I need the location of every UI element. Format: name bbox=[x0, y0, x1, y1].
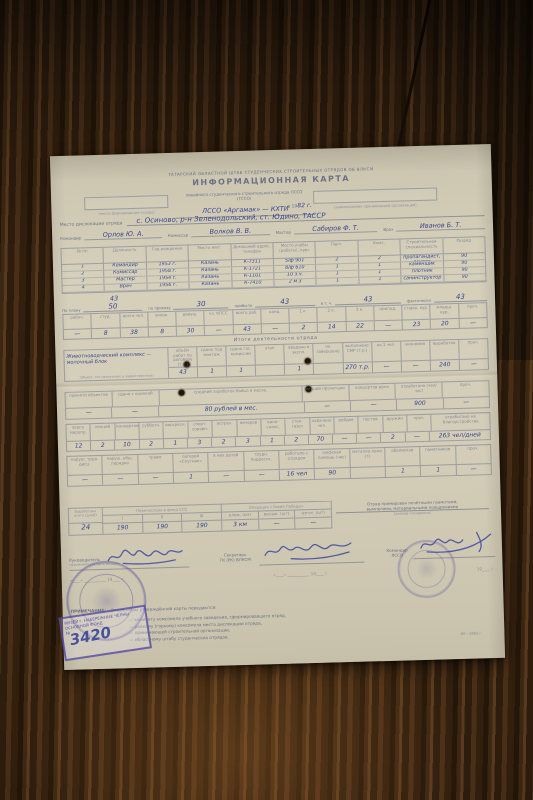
column-header: высаж. (шт) bbox=[259, 511, 296, 519]
column-header: проч. bbox=[443, 381, 489, 397]
left-blank-box bbox=[84, 195, 168, 210]
table-cell: 2 bbox=[284, 435, 308, 445]
table-cell: — bbox=[444, 397, 490, 408]
column-header: субботн. bbox=[139, 422, 164, 439]
staff-name-handwritten: Иванов Б. Т. bbox=[396, 220, 485, 231]
table-cell: 3 bbox=[62, 278, 105, 285]
table-cell: — bbox=[405, 432, 429, 442]
column-header: улож. (км) bbox=[222, 512, 259, 520]
table-cell: 270 т.р. bbox=[343, 362, 372, 373]
form-code: 60—1982 г. bbox=[461, 631, 483, 636]
table-cell: К-1101 bbox=[232, 273, 275, 280]
table-cell: — bbox=[375, 320, 404, 330]
document-paper: ТАТАРСКИЙ ОБЛАСТНОЙ ШТАБ СТУДЕНЧЕСКИХ СТ… bbox=[50, 144, 505, 670]
operation-values: 3 км—— bbox=[222, 518, 331, 531]
awards-block: Отряд премирован почётными грамотами, вы… bbox=[332, 496, 494, 528]
column-header: лагерей «Спутник» bbox=[173, 453, 209, 472]
column-header: воскресн. bbox=[164, 421, 189, 438]
column-header: 2 к. bbox=[318, 307, 347, 322]
table-cell: — bbox=[351, 400, 398, 411]
table-cell: 190 bbox=[103, 523, 143, 534]
table-cell: 2 bbox=[212, 437, 236, 447]
operation-group: Операция «Знамя Победы» улож. (км)высаж.… bbox=[222, 501, 333, 532]
patronage-table: наруш. труд. дисц.наруш. общ. порядкатра… bbox=[66, 444, 492, 487]
column-header: Комс. bbox=[358, 239, 401, 255]
table-cell: 2 bbox=[359, 255, 402, 262]
headcount-label: по приказу bbox=[148, 305, 170, 311]
table-cell: — bbox=[333, 434, 357, 444]
photo-of-document: { "colors": { "wood": "#3a2514", "paper"… bbox=[0, 0, 533, 800]
column-header: отработано на благоустройстве bbox=[432, 413, 490, 431]
table-cell: — bbox=[112, 406, 159, 417]
table-cell: 1 bbox=[174, 472, 210, 483]
column-header: III bbox=[182, 513, 221, 521]
table-cell: 3 км bbox=[222, 520, 259, 531]
table-cell: 240 bbox=[431, 360, 460, 371]
table-cell: 2 bbox=[316, 257, 359, 264]
center-signature bbox=[261, 538, 357, 563]
column-header: I bbox=[103, 515, 143, 523]
column-header: не завершено bbox=[314, 343, 344, 363]
year-handwritten: 82 г. bbox=[297, 202, 312, 209]
column-header: старш. кур. bbox=[402, 305, 431, 320]
table-cell: 2 bbox=[91, 441, 115, 451]
column-header: младш. кур. bbox=[431, 304, 460, 319]
headcount-label: прибыло bbox=[234, 303, 252, 308]
table-cell: плотник bbox=[401, 268, 444, 275]
headcount-label: фактически bbox=[407, 298, 431, 304]
column-header: выполнено СМР (т.р.) bbox=[343, 342, 373, 362]
staff-entry: Комиссар Волков В. В. bbox=[168, 226, 270, 238]
table-cell: 8/ф 610 bbox=[274, 265, 317, 272]
column-header: охвачено чел. bbox=[310, 417, 335, 434]
table-cell: 70 bbox=[309, 434, 333, 444]
table-cell: 1 bbox=[359, 269, 402, 276]
table-cell: 1 bbox=[421, 465, 457, 476]
table-cell: 2 bbox=[139, 439, 163, 449]
headcount-value-handwritten: 30 bbox=[173, 299, 228, 310]
object-caption: (объект, его назначение и характеристика… bbox=[65, 373, 168, 380]
table-cell: 38 bbox=[120, 328, 149, 338]
table-cell: Комиссар bbox=[105, 270, 148, 277]
table-cell: 1 bbox=[227, 366, 256, 377]
column-header: металло-лома (т) bbox=[350, 448, 386, 467]
staff-role-label: Комиссар bbox=[168, 232, 188, 238]
headcount-value-handwritten: 50 bbox=[83, 302, 142, 313]
table-cell bbox=[314, 363, 343, 374]
table-cell: 2 bbox=[290, 323, 319, 333]
table-cell: 900 bbox=[397, 398, 444, 409]
right-blank-box bbox=[313, 187, 437, 203]
column-header: Строительная специальность bbox=[401, 238, 444, 254]
table-cell: Мастер bbox=[105, 277, 148, 284]
column-header: лекций bbox=[91, 424, 116, 441]
column-header: лекций прочитано bbox=[302, 385, 349, 401]
table-cell: 1 bbox=[260, 436, 284, 446]
staff-name-handwritten: Волков В. В. bbox=[191, 226, 270, 237]
table-cell: 4 bbox=[63, 285, 106, 292]
table-cell: 1 bbox=[359, 262, 402, 269]
staff-role-label: Мастер bbox=[276, 230, 292, 235]
table-cell: 14 bbox=[318, 322, 347, 332]
table-cell: 10 з.ч. bbox=[274, 272, 317, 279]
center-signature-line bbox=[259, 562, 364, 566]
staff-name-handwritten: Орлов Ю. А. bbox=[84, 229, 162, 240]
column-header: этап bbox=[256, 345, 286, 365]
column-header: Парт. bbox=[316, 241, 359, 257]
table-cell: 90 bbox=[443, 253, 485, 260]
column-header: всего раб. bbox=[233, 309, 262, 324]
column-header: студ. bbox=[92, 313, 121, 328]
table-cell: 16 чел bbox=[280, 469, 316, 480]
headcount-label: в т. ч. bbox=[321, 300, 333, 305]
table-cell: 90 bbox=[315, 468, 351, 479]
column-header: травм bbox=[138, 454, 174, 473]
staff-role-label: Врач bbox=[383, 227, 393, 232]
column-header: кино-сеанс. bbox=[261, 419, 286, 436]
staff-entry: Мастер Сабиров Ф. Т. bbox=[275, 223, 377, 235]
column-header: Год рождения bbox=[146, 245, 189, 261]
table-cell: 90 bbox=[444, 260, 486, 267]
column-header: спорт. соревн. bbox=[188, 421, 213, 438]
table-cell: 8 bbox=[92, 328, 121, 338]
column-header: Разряд bbox=[443, 237, 485, 253]
table-cell bbox=[256, 365, 285, 376]
table-cell: К-7311 bbox=[232, 259, 275, 266]
column-header: рейдов bbox=[334, 417, 359, 434]
table-cell: 1 bbox=[317, 271, 360, 278]
fund-group: Перечислено в фонд ССО IIIIII 190190190 bbox=[102, 504, 223, 535]
column-header: объём работ по договору (т.р.) bbox=[168, 347, 198, 367]
column-header: 3 к. bbox=[346, 306, 375, 321]
column-header: юнош. bbox=[148, 312, 177, 327]
table-cell: — bbox=[460, 359, 488, 370]
table-cell: — bbox=[209, 471, 245, 482]
table-cell: — bbox=[68, 475, 104, 486]
table-cell: — bbox=[259, 519, 296, 530]
column-header: встреч bbox=[213, 420, 238, 437]
table-cell: 1 bbox=[62, 264, 105, 271]
column-header: всего чел. bbox=[120, 313, 149, 328]
table-cell: — bbox=[357, 433, 381, 443]
table-cell: пропагандист, лектор bbox=[401, 254, 444, 261]
column-header: наруш. общ. порядка bbox=[103, 455, 139, 474]
table-cell: — bbox=[372, 362, 401, 373]
column-header: чл. КПСС bbox=[205, 310, 234, 325]
table-cell: — bbox=[262, 324, 291, 334]
table-cell: 1 bbox=[317, 278, 360, 285]
table-cell: Врач bbox=[105, 284, 148, 291]
table-cell: — bbox=[64, 329, 93, 339]
column-header: выработка bbox=[430, 340, 460, 360]
table-cell: 1958 г. bbox=[147, 268, 190, 275]
table-cell: — bbox=[138, 473, 174, 484]
table-cell: 1 bbox=[359, 276, 402, 283]
column-header: памятников bbox=[420, 446, 456, 465]
table-cell: 10 bbox=[115, 440, 139, 450]
staff-table: № ппДолжностьГод рожденияМесто жит.Домаш… bbox=[60, 236, 486, 294]
headcount-label: По плану bbox=[62, 307, 80, 313]
table-cell: — bbox=[66, 408, 113, 419]
table-cell: Командир bbox=[104, 263, 147, 270]
table-cell: 190 bbox=[183, 521, 222, 532]
table-cell: 190 bbox=[143, 522, 183, 533]
fund-table: Выработано всего (дней) 24 Перечислено в… bbox=[68, 496, 494, 536]
table-cell: — bbox=[456, 464, 491, 475]
table-cell: 43 bbox=[169, 367, 198, 378]
column-header: работало с отрядом bbox=[279, 450, 315, 469]
column-header: изгот. (шт) bbox=[295, 510, 331, 518]
table-cell: 90 bbox=[444, 274, 486, 281]
table-cell: 3 bbox=[188, 438, 212, 448]
column-header: дружин bbox=[383, 415, 408, 432]
column-header: постов bbox=[359, 416, 384, 433]
column-header: Место учёбы (работы), курс bbox=[273, 242, 316, 258]
column-header: проч. bbox=[456, 445, 491, 464]
table-cell: — bbox=[103, 474, 139, 485]
table-cell: 1 bbox=[316, 264, 359, 271]
object-cell: Животноводческий комплекс — молочный бло… bbox=[64, 348, 169, 381]
column-header: в них детей bbox=[209, 452, 245, 471]
column-header: отработано (чел/час) bbox=[396, 382, 443, 398]
column-header: экономия bbox=[401, 341, 431, 361]
column-header: всего меропр. bbox=[66, 424, 91, 441]
table-cell: 2 м 3 bbox=[274, 279, 317, 286]
column-header: стен-газет bbox=[286, 418, 311, 435]
column-header: проч. bbox=[407, 415, 432, 432]
table-cell: 1 bbox=[285, 364, 314, 375]
column-header: на 1 чел. bbox=[372, 342, 402, 362]
column-header: Место жит. bbox=[189, 244, 232, 260]
table-cell: 43 bbox=[233, 324, 262, 334]
table-cell: 1956 г. bbox=[147, 282, 190, 289]
column-header: вечеров bbox=[237, 419, 262, 436]
headcount-value-handwritten: 43 bbox=[255, 297, 315, 308]
table-cell: 3 bbox=[236, 436, 260, 446]
headcount-value-handwritten: 43 bbox=[434, 292, 487, 302]
column-header: препод. bbox=[374, 305, 403, 320]
fund-pre-value: 24 bbox=[69, 523, 102, 532]
headcount-value-handwritten: 43 bbox=[335, 295, 401, 306]
table-cell: 1 bbox=[164, 439, 188, 449]
object-name-handwritten: Животноводческий комплекс — молочный бло… bbox=[64, 348, 167, 366]
table-cell: Казань bbox=[189, 260, 232, 267]
table-cell: 263 чел/дней bbox=[430, 430, 490, 441]
table-cell: 8 bbox=[149, 327, 178, 337]
column-header: девуш. bbox=[176, 311, 205, 326]
column-header: сдано гос. комиссии bbox=[226, 346, 256, 366]
table-cell: — bbox=[305, 401, 352, 412]
table-cell: Казань bbox=[189, 267, 232, 274]
column-header: Выработано всего (дней) bbox=[69, 508, 102, 524]
table-cell: К-1721 bbox=[232, 266, 275, 273]
column-header: трудн. подростк. bbox=[244, 451, 280, 470]
column-header: концертов bbox=[115, 423, 140, 440]
column-header: сдано под монтаж bbox=[197, 346, 227, 366]
location-label: Место дислокации отряда bbox=[60, 221, 123, 228]
column-header: шефская помощь (час) bbox=[315, 449, 351, 468]
center-signer-label: Секретарь ГК (РК) ВЛКСМ bbox=[211, 552, 259, 564]
table-cell: 1 bbox=[386, 466, 422, 477]
column-header: 1 к. bbox=[289, 308, 318, 323]
table-cell: К-7410 bbox=[232, 280, 275, 287]
column-header: рабоч. bbox=[63, 314, 92, 329]
staff-name-handwritten: Сабиров Ф. Т. bbox=[294, 223, 378, 234]
staff-table-total-handwritten: 43 bbox=[110, 294, 119, 302]
table-cell: 1953 г. bbox=[147, 261, 190, 268]
column-header: наруш. труд. дисц. bbox=[67, 456, 103, 475]
table-cell: — bbox=[244, 470, 280, 481]
staff-role-label: Командир bbox=[60, 235, 81, 241]
fund-pre-col: Выработано всего (дней) 24 bbox=[68, 507, 103, 536]
column-header: проч. bbox=[459, 339, 488, 359]
table-cell: — bbox=[295, 518, 331, 529]
table-cell: 1 bbox=[198, 366, 227, 377]
table-cell: каменщик bbox=[401, 261, 444, 268]
table-cell: 2 bbox=[62, 271, 105, 278]
table-cell bbox=[350, 467, 386, 478]
fund-values: 190190190 bbox=[103, 521, 221, 534]
table-cell: — bbox=[402, 361, 431, 372]
table-cell: 1954 г. bbox=[147, 275, 190, 282]
table-cell: 23 bbox=[403, 320, 432, 330]
column-header: Должность bbox=[104, 247, 147, 263]
table-cell: 30 bbox=[177, 326, 206, 336]
table-cell: санинструктор bbox=[402, 275, 445, 282]
table-cell: 90 bbox=[444, 267, 486, 274]
column-header: обелисков bbox=[385, 447, 421, 466]
table-cell: 20 bbox=[431, 319, 460, 329]
column-header: II bbox=[143, 514, 183, 522]
table-cell: 5/ф 901 bbox=[274, 258, 317, 265]
year-prefix: в 19 bbox=[287, 204, 297, 209]
table-cell: Казань bbox=[190, 274, 233, 281]
column-header: принято объектов bbox=[66, 392, 113, 408]
column-header: № пп bbox=[62, 248, 105, 264]
table-cell: 2 bbox=[381, 432, 405, 442]
table-cell: — bbox=[459, 318, 487, 328]
column-header: Домашний адрес, телефон bbox=[231, 243, 274, 259]
column-header: введено в экспл. bbox=[285, 344, 315, 364]
staff-entry: Врач Иванов Б. Т. bbox=[383, 220, 485, 232]
column-header: концертов дано bbox=[349, 384, 396, 400]
table-cell: 22 bbox=[346, 321, 375, 331]
column-header: сдано с оценкой bbox=[112, 390, 159, 406]
table-cell: 12 bbox=[67, 441, 91, 451]
table-cell: Казань bbox=[190, 281, 233, 288]
column-header: канд. bbox=[261, 309, 290, 324]
table-cell: — bbox=[205, 325, 234, 335]
staff-entry: Командир Орлов Ю. А. bbox=[60, 229, 162, 241]
column-header: проч. bbox=[459, 303, 487, 318]
